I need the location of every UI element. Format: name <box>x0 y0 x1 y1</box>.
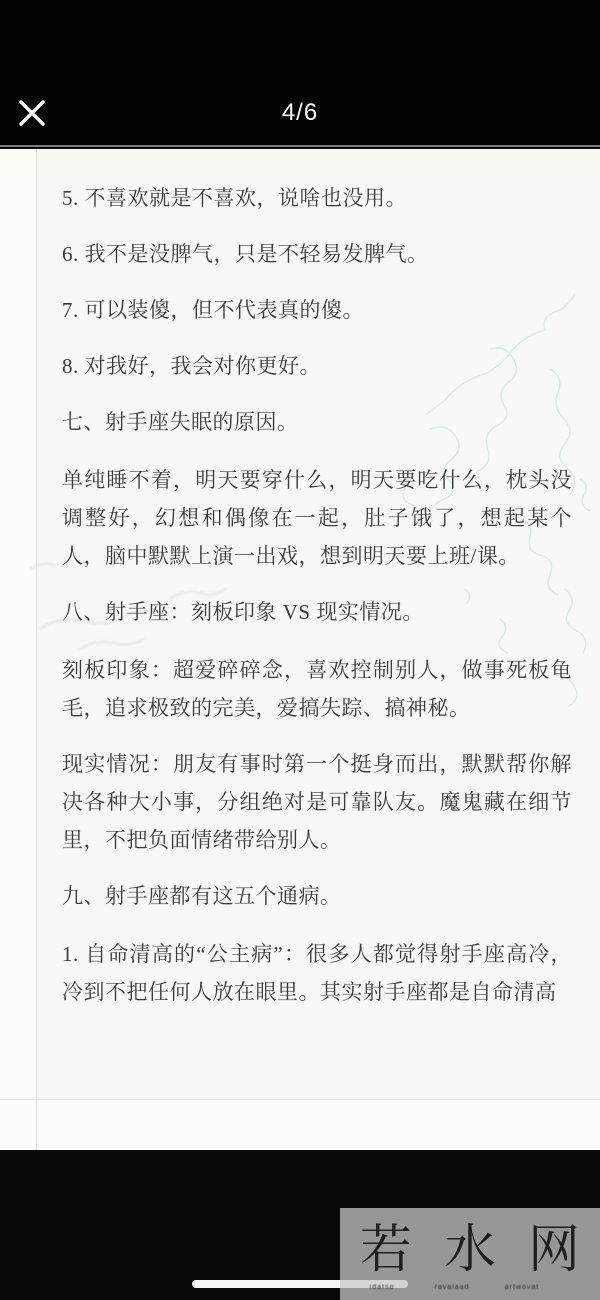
watermark-captions: idatso ravalaad artwovat <box>360 1284 600 1291</box>
watermark-char: 网 <box>528 1222 580 1278</box>
list-item: 6. 我不是没脾气，只是不轻易发脾气。 <box>62 235 572 273</box>
list-item: 5. 不喜欢就是不喜欢，说啥也没用。 <box>62 179 572 217</box>
watermark-characters: 若 水 网 <box>360 1222 600 1278</box>
section-heading-8: 八、射手座：刻板印象 VS 现实情况。 <box>62 593 572 631</box>
site-watermark: 若 水 网 idatso ravalaad artwovat <box>340 1208 600 1300</box>
close-button[interactable] <box>14 95 50 131</box>
page-indicator: 4/6 <box>0 99 600 127</box>
document-text: 5. 不喜欢就是不喜欢，说啥也没用。 6. 我不是没脾气，只是不轻易发脾气。 7… <box>62 149 572 1029</box>
viewer-header: 4/6 <box>0 0 600 147</box>
watermark-caption: ravalaad <box>430 1284 474 1291</box>
image-viewer-screen: 4/6 <box>0 0 600 1300</box>
list-item: 8. 对我好，我会对你更好。 <box>62 347 572 385</box>
watermark-caption: idatso <box>360 1284 404 1291</box>
viewer-header-row: 4/6 <box>0 85 600 141</box>
viewed-image-page[interactable]: 5. 不喜欢就是不喜欢，说啥也没用。 6. 我不是没脾气，只是不轻易发脾气。 7… <box>0 149 600 1150</box>
section-paragraph: 1. 自命清高的“公主病”：很多人都觉得射手座高冷，冷到不把任何人放在眼里。其实… <box>62 935 572 1011</box>
watermark-char: 若 <box>360 1222 412 1278</box>
watermark-char: 水 <box>444 1222 496 1278</box>
section-paragraph: 刻板印象：超爱碎碎念，喜欢控制别人，做事死板龟毛，追求极致的完美，爱搞失踪、搞神… <box>62 651 572 727</box>
section-heading-9: 九、射手座都有这五个通病。 <box>62 877 572 915</box>
page-vertical-rule <box>36 149 37 1150</box>
list-item: 7. 可以装傻，但不代表真的傻。 <box>62 291 572 329</box>
section-paragraph: 单纯睡不着，明天要穿什么，明天要吃什么，枕头没调整好，幻想和偶像在一起，肚子饿了… <box>62 461 572 575</box>
page-horizontal-rule <box>0 1099 600 1100</box>
section-paragraph: 现实情况：朋友有事时第一个挺身而出，默默帮你解决各种大小事，分组绝对是可靠队友。… <box>62 745 572 859</box>
section-heading-7: 七、射手座失眠的原因。 <box>62 403 572 441</box>
watermark-caption: artwovat <box>500 1284 544 1291</box>
close-icon <box>17 98 47 128</box>
page-bottom-margin <box>0 1100 600 1150</box>
